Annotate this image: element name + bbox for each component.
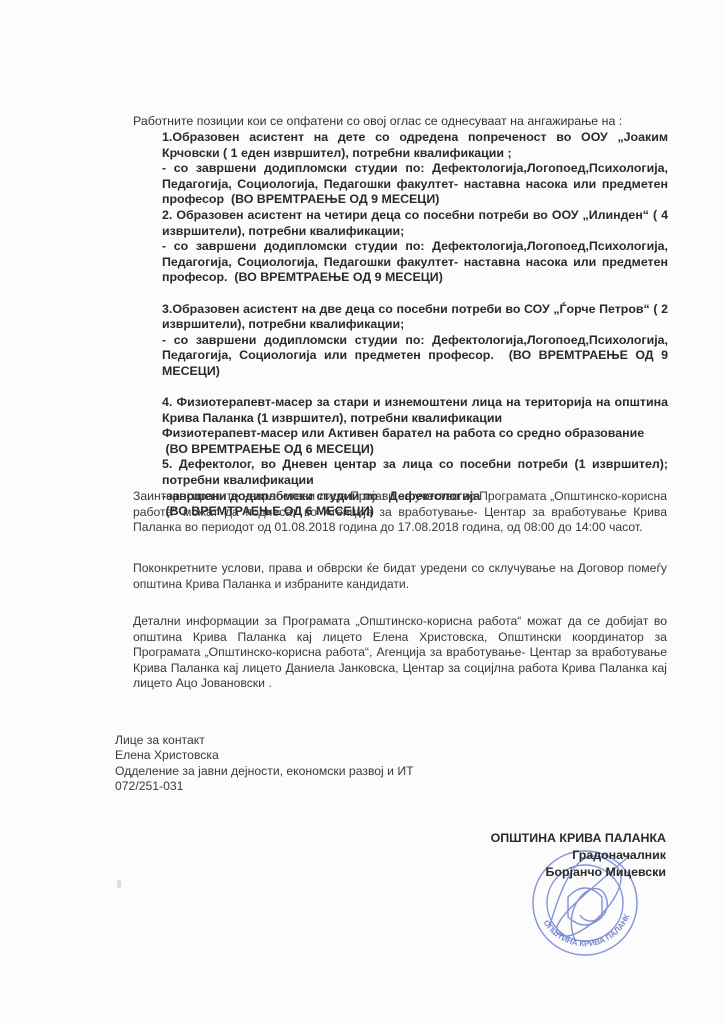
position-1-duration: (ВО ВРЕМТРАЕЊЕ ОД 9 МЕСЕЦИ) [231,192,439,206]
signature-role: Градоначалник [491,847,666,864]
position-3-title: 3.Образовен асистент на две деца со посе… [162,302,668,333]
signature-institution: ОПШТИНА КРИВА ПАЛАНКА [491,830,666,847]
position-4-requirements: Физиотерапевт-масер или Активен барател … [162,426,668,442]
intro-text: Работните позиции кои се опфатени со ово… [133,114,693,129]
position-4-title: 4. Физиотерапевт-масер за стари и изнемо… [162,395,668,426]
position-4-duration: (ВО ВРЕМТРАЕЊЕ ОД 6 МЕСЕЦИ) [162,442,668,458]
position-5-title: 5. Дефектолог, во Дневен центар за лица … [162,457,668,488]
contact-phone: 072/251-031 [115,779,414,794]
application-paragraph: Заинтересираните невработени лица Пријав… [133,489,667,536]
position-1-title: 1.Образовен асистент на дете со одредена… [162,130,668,161]
contact-block: Лице за контакт Елена Христовска Одделен… [115,733,414,794]
scan-artifact [117,880,121,888]
contact-name: Елена Христовска [115,748,414,763]
contact-department: Одделение за јавни дејности, економски р… [115,764,414,779]
position-3-requirements: - со завршени додипломски студии по: Деф… [162,333,668,380]
document-page: Работните позиции кои се опфатени со ово… [0,0,724,1024]
signature-name: Борјанчо Мицевски [491,864,666,881]
contact-label: Лице за контакт [115,733,414,748]
position-1-requirements: - со завршени додипломски студии по: Деф… [162,161,668,208]
info-paragraph: Детални информации за Програмата „Општин… [133,614,667,692]
position-2-requirements: - со завршени додипломски студии по: Деф… [162,239,668,286]
position-2-title: 2. Образовен асистент на четири деца со … [162,208,668,239]
positions-list: 1.Образовен асистент на дете со одредена… [162,130,668,520]
position-2-duration: (ВО ВРЕМТРАЕЊЕ ОД 9 МЕСЕЦИ) [234,270,442,284]
conditions-paragraph: Поконкретните услови, права и обврски ќе… [133,561,667,592]
signature-block: ОПШТИНА КРИВА ПАЛАНКА Градоначалник Борј… [491,830,666,881]
